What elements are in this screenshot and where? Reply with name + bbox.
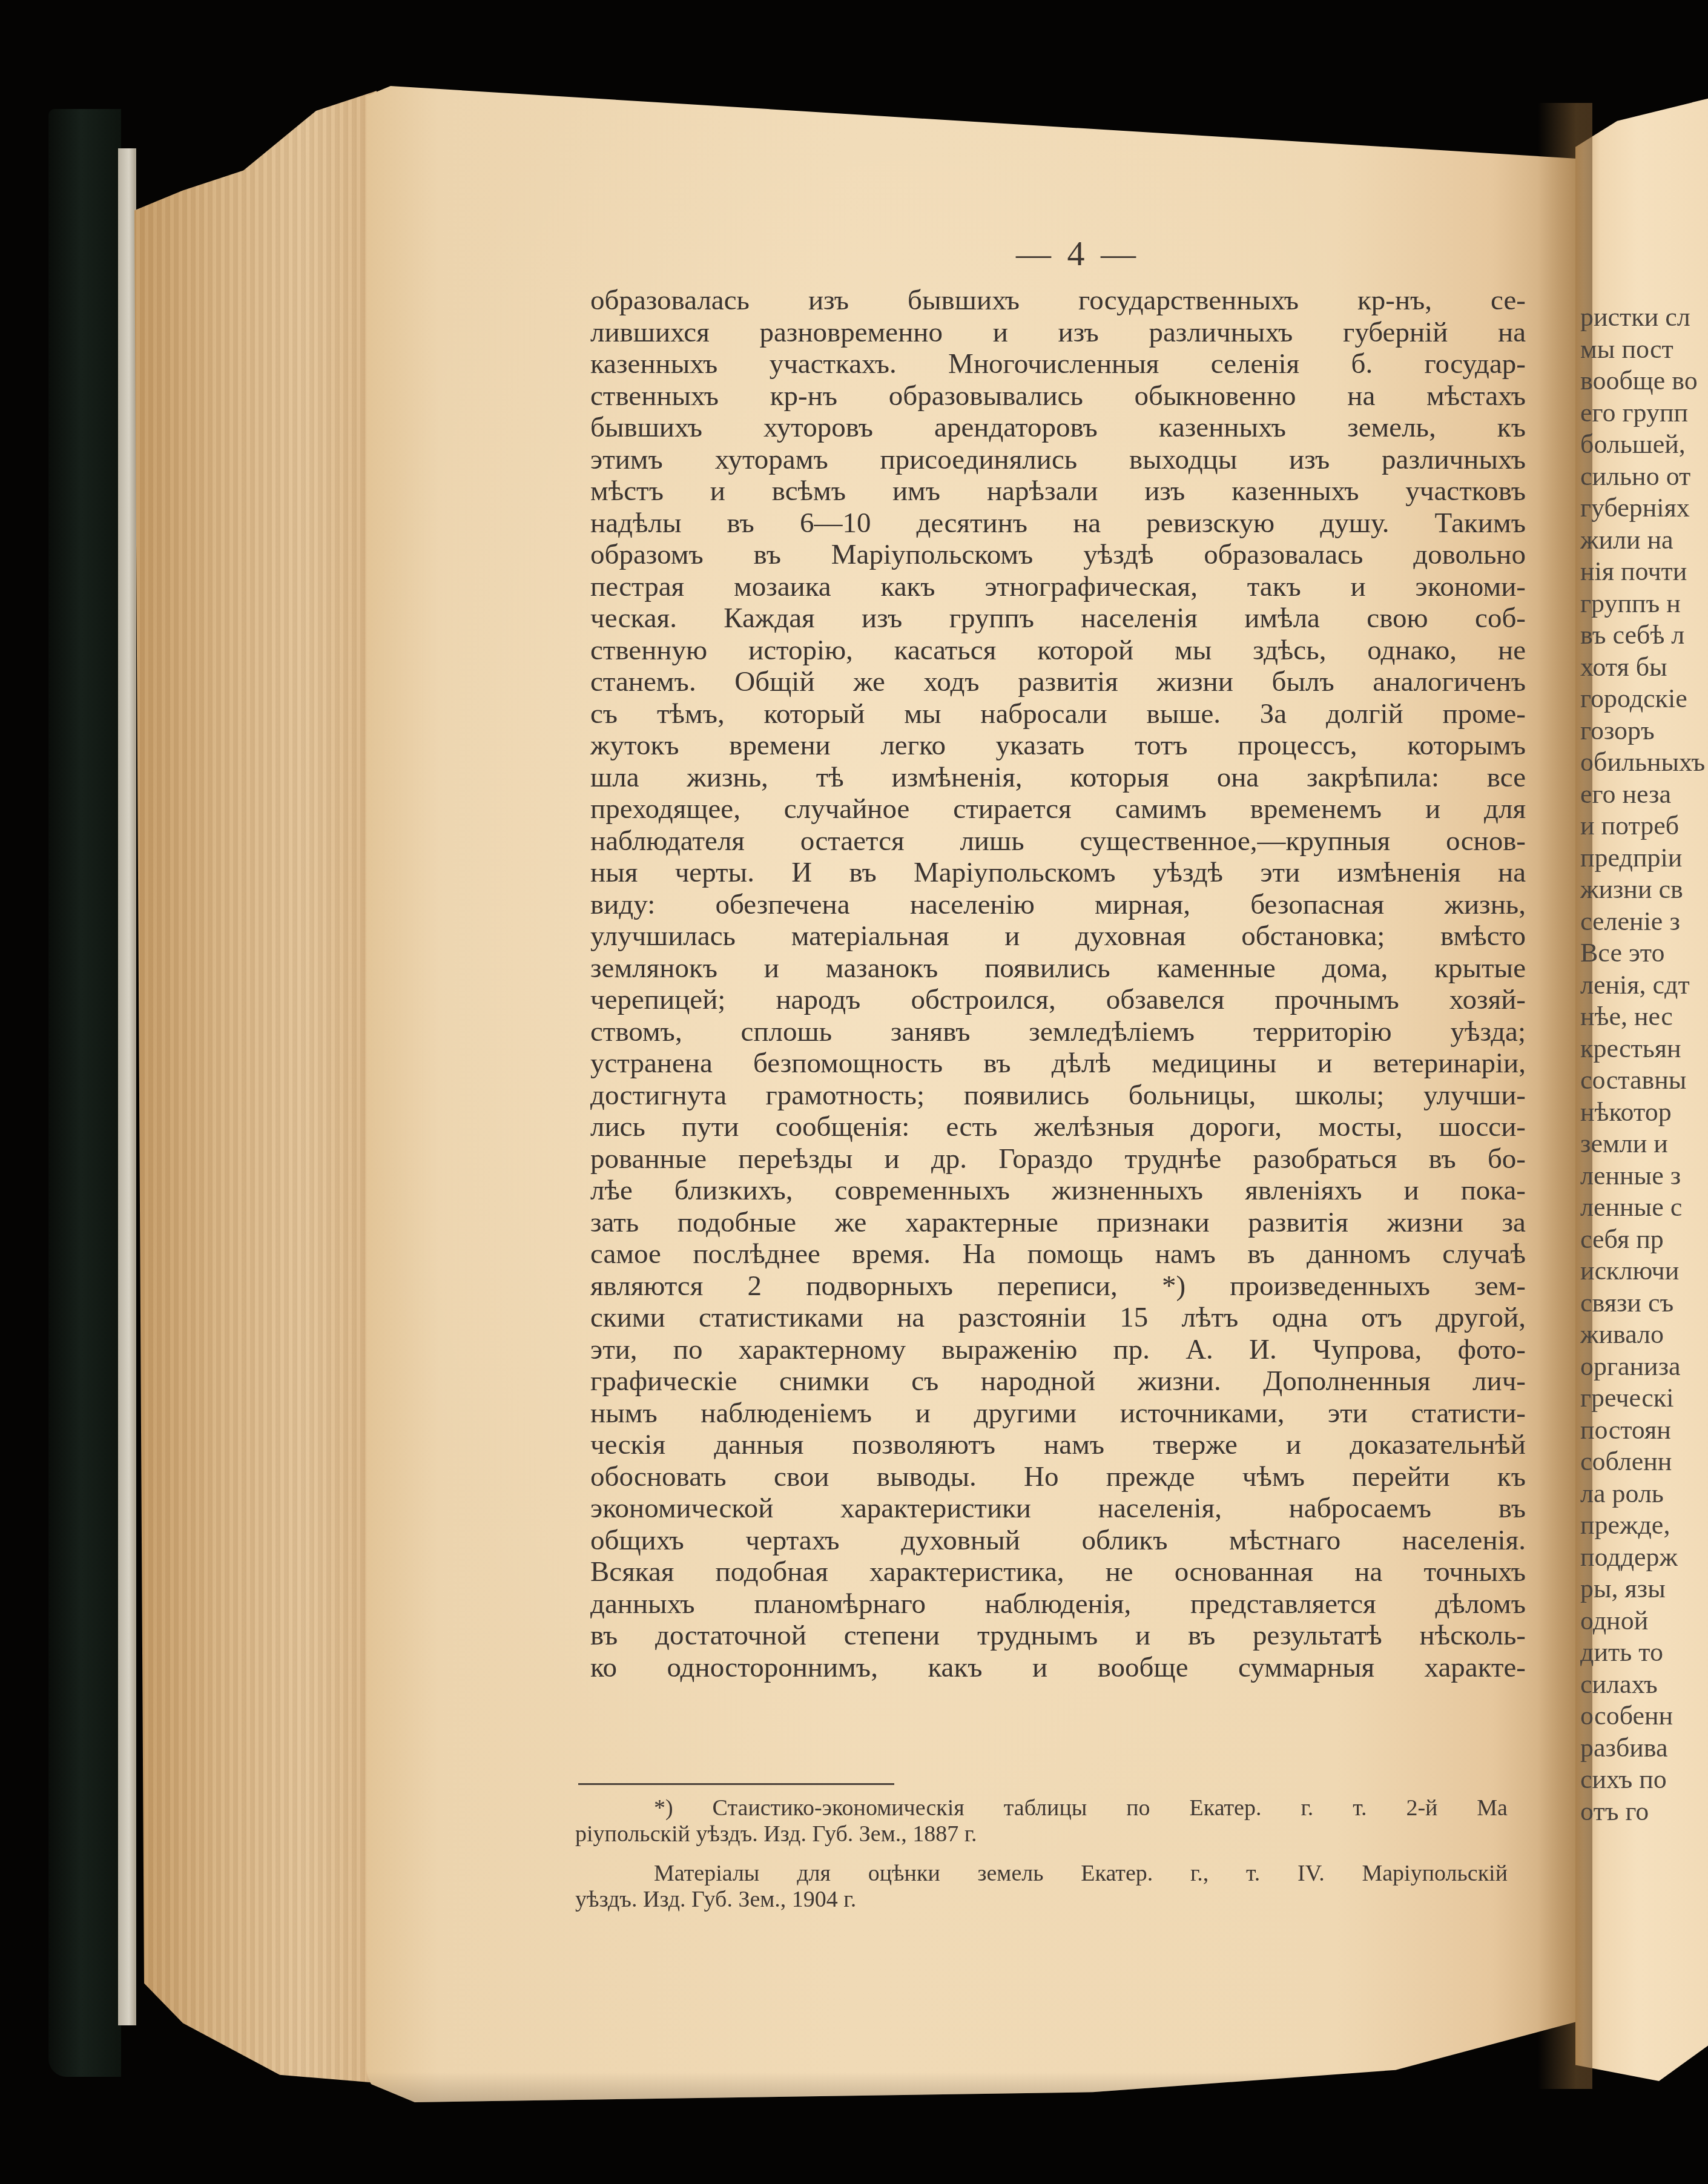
body-line: ственныхъ кр-нъ образовывались обыкновен… — [590, 380, 1526, 412]
book-cover — [48, 109, 121, 2077]
body-line: казенныхъ участкахъ. Многочисленныя селе… — [590, 348, 1526, 380]
right-page-line: прежде, — [1580, 1509, 1708, 1542]
right-page-line: сихъ по — [1580, 1764, 1708, 1796]
body-line: ко одностороннимъ, какъ и вообще суммарн… — [590, 1652, 1526, 1684]
body-line: экономической характеристики населенія, … — [590, 1493, 1526, 1525]
body-line: самое послѣднее время. На помощь намъ въ… — [590, 1238, 1526, 1270]
right-page-line: большей, — [1580, 429, 1708, 461]
right-page-line: губерніях — [1580, 492, 1708, 524]
body-line: рованные переѣзды и др. Гораздо труднѣе … — [590, 1143, 1526, 1175]
body-line: черепицей; народъ обстроился, обзавелся … — [590, 984, 1526, 1016]
right-page-line: предпріи — [1580, 842, 1708, 874]
right-page-line: и потреб — [1580, 810, 1708, 842]
body-line: данныхъ планомѣрнаго наблюденія, предста… — [590, 1588, 1526, 1620]
right-page-line: собленн — [1580, 1446, 1708, 1478]
right-page-line: городскіе — [1580, 683, 1708, 715]
footnote-line: *) Стаистико-экономическія таблицы по Ек… — [575, 1795, 1508, 1821]
right-page-line: себя пр — [1580, 1224, 1708, 1256]
right-page-line: исключи — [1580, 1255, 1708, 1287]
body-line: станемъ. Общій же ходъ развитія жизни бы… — [590, 666, 1526, 698]
right-page-line: нѣе, нес — [1580, 1001, 1708, 1033]
page-stack-fore-edge — [134, 91, 377, 2083]
body-line: ственную исторію, касаться которой мы зд… — [590, 635, 1526, 667]
body-line: скими статистиками на разстояніи 15 лѣтъ… — [590, 1302, 1526, 1334]
right-page-line: нія почти — [1580, 556, 1708, 588]
right-page-line: селеніе з — [1580, 906, 1708, 938]
footnote-line: уѣздъ. Изд. Губ. Зем., 1904 г. — [575, 1887, 1508, 1913]
right-page-line: обильныхъ — [1580, 747, 1708, 779]
body-line: графическіе снимки съ народной жизни. До… — [590, 1365, 1526, 1397]
right-page-line: нѣкотор — [1580, 1097, 1708, 1129]
body-line: шла жизнь, тѣ измѣненія, которыя она зак… — [590, 762, 1526, 794]
body-line: бывшихъ хуторовъ арендаторовъ казенныхъ … — [590, 412, 1526, 444]
right-page-line: его групп — [1580, 397, 1708, 429]
right-page-line: мы пост — [1580, 334, 1708, 366]
right-page-line: одной — [1580, 1605, 1708, 1637]
body-line: являются 2 подворныхъ переписи, *) произ… — [590, 1270, 1526, 1302]
body-line: лись пути сообщенія: есть желѣзныя дорог… — [590, 1111, 1526, 1143]
body-line: въ достаточной степени труднымъ и въ рез… — [590, 1620, 1526, 1652]
body-line: нымъ наблюденіемъ и другими источниками,… — [590, 1397, 1526, 1430]
right-page-line: сильно от — [1580, 461, 1708, 493]
right-page-text-fragment: ристки слмы поствообще воего группбольше… — [1580, 302, 1708, 1827]
body-line: ческая. Каждая изъ группъ населенія имѣл… — [590, 602, 1526, 635]
right-page-line: группъ н — [1580, 588, 1708, 620]
right-page-line: разбива — [1580, 1732, 1708, 1764]
footnote-rule — [578, 1783, 894, 1785]
body-line: надѣлы въ 6—10 десятинъ на ревизскую душ… — [590, 507, 1526, 539]
page-shadow — [366, 2072, 1577, 2102]
right-page-line: хотя бы — [1580, 652, 1708, 684]
body-line: виду: обезпечена населенію мирная, безоп… — [590, 889, 1526, 921]
body-line: пестрая мозаика какъ этнографическая, та… — [590, 571, 1526, 603]
footnote-line: ріупольскій уѣздъ. Изд. Губ. Зем., 1887 … — [575, 1821, 1508, 1847]
right-page-line: живало — [1580, 1319, 1708, 1351]
right-page-line: постоян — [1580, 1414, 1708, 1447]
body-line: ныя черты. И въ Маріупольскомъ уѣздѣ эти… — [590, 857, 1526, 889]
right-page-line: особенн — [1580, 1700, 1708, 1732]
body-text: образовалась изъ бывшихъ государственных… — [590, 285, 1526, 1683]
right-page-line: греческі — [1580, 1382, 1708, 1414]
body-line: обосновать свои выводы. Но прежде чѣмъ п… — [590, 1461, 1526, 1493]
body-line: общихъ чертахъ духовный обликъ мѣстнаго … — [590, 1525, 1526, 1557]
footnote-line: Матеріалы для оцѣнки земель Екатер. г., … — [575, 1861, 1508, 1887]
right-page-line: организа — [1580, 1351, 1708, 1383]
body-line: образовалась изъ бывшихъ государственных… — [590, 285, 1526, 317]
right-page-line: земли и — [1580, 1128, 1708, 1160]
right-page-line: ленія, сдт — [1580, 969, 1708, 1001]
right-page-line: силахъ — [1580, 1669, 1708, 1701]
right-page-line: составны — [1580, 1064, 1708, 1097]
body-line: эти, по характерному выраженію пр. А. И.… — [590, 1334, 1526, 1366]
footnote: *) Стаистико-экономическія таблицы по Ек… — [575, 1795, 1508, 1847]
right-page-line: жизни св — [1580, 874, 1708, 906]
right-page-line: его неза — [1580, 779, 1708, 811]
body-line: землянокъ и мазанокъ появились каменные … — [590, 952, 1526, 985]
footnote: Матеріалы для оцѣнки земель Екатер. г., … — [575, 1861, 1508, 1913]
right-page-line: отъ го — [1580, 1796, 1708, 1828]
body-line: мѣстъ и всѣмъ имъ нарѣзали изъ казенныхъ… — [590, 475, 1526, 507]
page-number: — 4 — — [993, 233, 1162, 274]
right-page-line: ла роль — [1580, 1478, 1708, 1510]
right-page-line: ры, язы — [1580, 1573, 1708, 1605]
body-line: жутокъ времени легко указать тотъ процес… — [590, 730, 1526, 762]
right-page-line: поддерж — [1580, 1542, 1708, 1574]
endpaper-edge — [118, 148, 136, 2025]
right-page-line: ленные с — [1580, 1192, 1708, 1224]
body-line: наблюдателя остается лишь существенное,—… — [590, 825, 1526, 857]
right-page-line: жили на — [1580, 524, 1708, 556]
right-page-line: ристки сл — [1580, 302, 1708, 334]
body-line: ческія данныя позволяютъ намъ тверже и д… — [590, 1429, 1526, 1461]
right-page-line: ленные з — [1580, 1160, 1708, 1192]
body-line: улучшилась матеріальная и духовная обста… — [590, 920, 1526, 952]
right-page-line: въ себѣ л — [1580, 619, 1708, 652]
body-line: съ тѣмъ, который мы набросали выше. За д… — [590, 698, 1526, 730]
right-page-line: связи съ — [1580, 1287, 1708, 1319]
body-line: ствомъ, сплошь занявъ земледѣліемъ терри… — [590, 1016, 1526, 1048]
body-line: этимъ хуторамъ присоединялись выходцы из… — [590, 444, 1526, 476]
right-page-line: дить то — [1580, 1637, 1708, 1669]
footnotes: *) Стаистико-экономическія таблицы по Ек… — [575, 1795, 1508, 1926]
body-line: лѣе близкихъ, современныхъ жизненныхъ яв… — [590, 1175, 1526, 1207]
right-page-line: Все это — [1580, 937, 1708, 969]
right-page-line: вообще во — [1580, 365, 1708, 397]
body-line: лившихся разновременно и изъ различныхъ … — [590, 317, 1526, 349]
body-line: устранена безпомощность въ дѣлѣ медицины… — [590, 1047, 1526, 1080]
right-page-line: крестьян — [1580, 1033, 1708, 1065]
body-line: достигнута грамотность; появились больни… — [590, 1080, 1526, 1112]
right-page-line: гозоръ — [1580, 715, 1708, 747]
body-line: Всякая подобная характеристика, не основ… — [590, 1556, 1526, 1588]
body-line: зать подобные же характерные признаки ра… — [590, 1207, 1526, 1239]
body-line: образомъ въ Маріупольскомъ уѣздѣ образов… — [590, 539, 1526, 571]
body-line: преходящее, случайное стирается самимъ в… — [590, 793, 1526, 825]
